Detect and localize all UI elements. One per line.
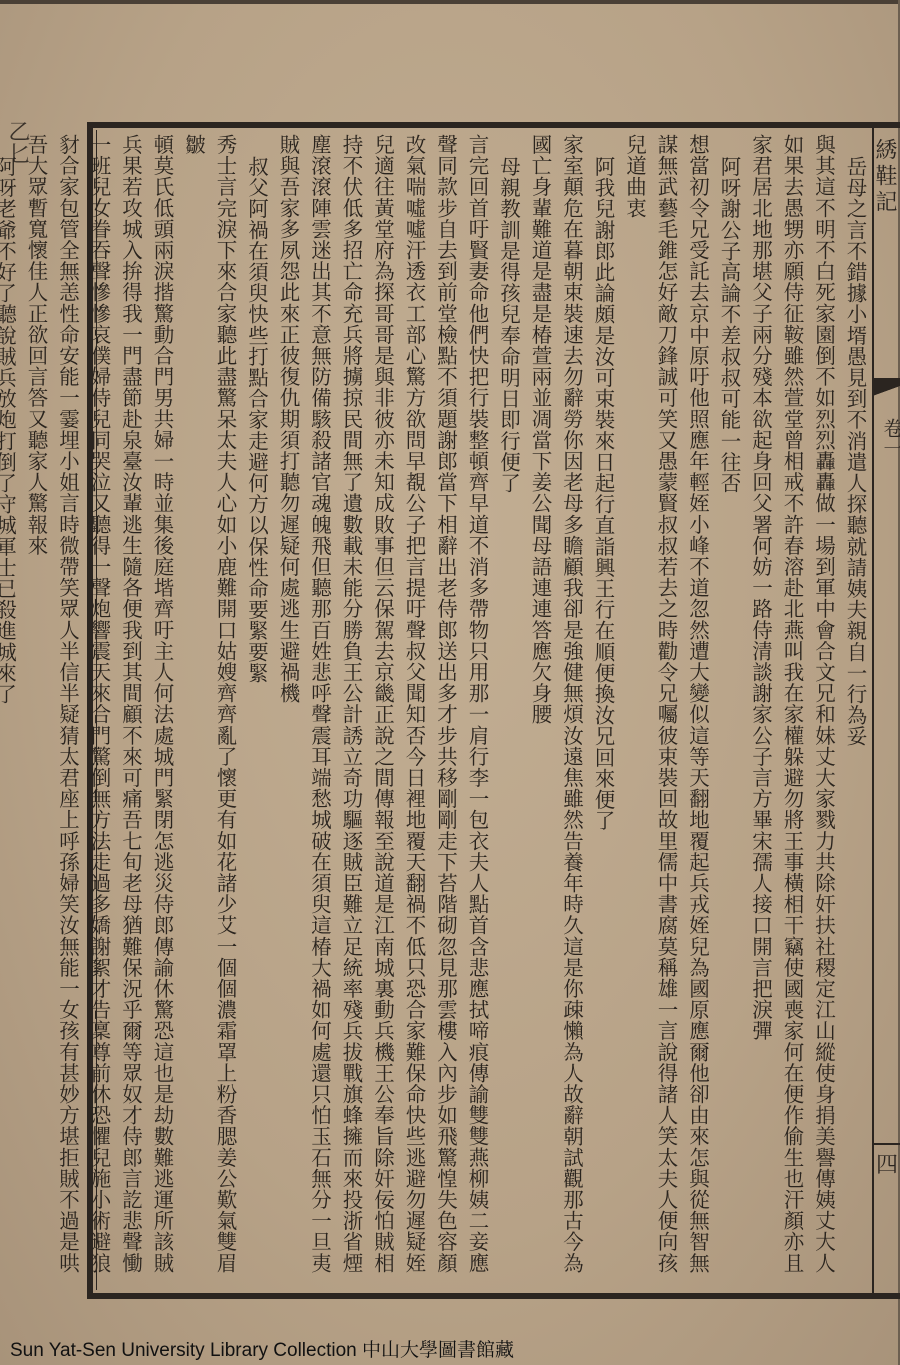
text-column: 豺合家包管全無恙性命安能一霎埋小姐言時微帶笑眾人半信半疑猜太君座上呼孫婦笑汝無能… [51,134,83,1284]
text-column: 與其這不明不白死家園倒不如烈烈轟轟做一場到軍中會合文兄和妹丈大家戮力共除奸扶社稷… [807,134,839,1284]
text-column: 頓莫氏低頭兩淚揩驚動合門男共婦一時並集後庭堦齊吁主人何法處城門緊閉怎逃災侍郎傳諭… [146,134,178,1284]
text-column: 兵果若攻城入拚得我一門盡節赴泉臺汝輩逃生隨各便我到其間顧不來可痛吾七旬老母猶難保… [114,134,146,1284]
text-column: 想當初令兄受託去京中原吁他照應年輕姪小峰不道忽然遭大變似這等天翻地覆起兵戎姪兒為… [681,134,713,1284]
vertical-text-columns: 岳母之言不錯據小壻愚見到不消遣人探聽就請姨夫親自一行為妥與其這不明不白死家園倒不… [100,134,870,1284]
text-column: 阿呀老爺不好了聽說賊兵放炮打倒了守城軍士已殺進城來了 [0,134,20,1306]
text-column: 聲同款步自去到前堂檢點不須題謝郎當下相辭出老侍郎送出多才步共移剛剛走下苔階砌忽見… [429,134,461,1284]
text-column: 秀士言完淚下來合家聽此盡驚呆太夫人心如小鹿難開口姑嫂齊齊亂了懷更有如花諸少艾一個… [177,134,240,1284]
text-column: 岳母之言不錯據小壻愚見到不消遣人探聽就請姨夫親自一行為妥 [839,134,871,1306]
banxin-book-title: 綉鞋記 [876,138,900,216]
page-top-edge [0,0,900,4]
banxin-volume: 卷一 [878,418,900,458]
fishtail-mark-icon [874,378,900,400]
library-watermark: Sun Yat-Sen University Library Collectio… [10,1335,514,1362]
text-column: 謀無武藝毛錐怎好敵刀鋒誠可笑又愚蒙賢叔叔若去之時勸令兄囑彼束裝回故里儒中書腐莫稱… [650,134,682,1284]
text-column: 改氣喘噓噓汗透衣工部心驚方欲問早覩公子把言提吁聲叔父聞知否今日裡地覆天翻禍不低只… [398,134,430,1284]
text-column: 阿呀謝公子高論不差叔叔可能一往否 [713,134,745,1306]
text-column: 言完回首吁賢妻命他們快把行裝整頓齊早道不消多帶物只用那一肩行李一包衣夫人點首含悲… [461,134,493,1284]
text-column: 塵滾滾陣雲迷出其不意無防備駭殺諸官魂魄飛但聽那百姓悲呼聲震耳端愁城破在須臾這椿大… [303,134,335,1284]
text-column: 母親教訓是得孩兒奉命明日即行便了 [492,134,524,1306]
banxin-lower-rule [874,1143,900,1145]
text-column: 家室顛危在暮朝束裝速去勿辭勞你因老母多瞻顧我卻是強健無煩汝遠焦雖然告養年時久這是… [555,134,587,1284]
text-column: 家君居北地那堪父子兩分殘本欲起身回父署何妨一路侍清談謝家公子言方畢宋孺人接口開言… [744,134,776,1284]
text-column: 賊與吾家多夙怨此來正彼復仇期須打聽勿遲疑何處逃生避禍機 [272,134,304,1284]
text-column: 叔父阿禍在須臾快些打點合家走避何方以保性命要緊要緊 [240,134,272,1306]
text-column: 一班兒女眷吞聲慘慘哀僕婦侍兒同哭泣又聽得一聲炮響震天來合門驚倒無方法走過多嬌謝絮… [83,134,115,1284]
text-column: 兒適往黃堂府為探哥哥是與非彼亦未知成敗事但云保駕去京畿正說之間傳報至說道是江南城… [366,134,398,1284]
text-column: 持不伏低多招亡命充兵將擄掠民間無了遺數載未能分勝負王公計誘立奇功驅逐賊臣難立足統… [335,134,367,1284]
banxin-center-strip: 綉鞋記 卷一 四 [874,128,900,1298]
text-column: 阿我兒謝郎此論頗是汝可束裝來日起行直詣興王行在順便換汝兄回來便了 [587,134,619,1306]
text-column: 吾大眾暫寬懷佳人正欲回言答又聽家人驚報來 [20,134,52,1284]
text-column: 國亡身輩難道是盡是椿萱兩並凋當下姜公聞母語連連答應欠身腰 [524,134,556,1284]
text-column: 兒道曲衷 [618,134,650,1284]
banxin-page-number: 四 [876,1148,898,1179]
scanned-book-page: 乙匕 綉鞋記 卷一 四 岳母之言不錯據小壻愚見到不消遣人探聽就請姨夫親自一行為妥… [0,0,900,1365]
text-column: 如果去愚甥亦願侍征鞍雖然萱堂曾相戒不許春溶赴北燕叫我在家權躲避勿將王事橫相干竊使… [776,134,808,1284]
